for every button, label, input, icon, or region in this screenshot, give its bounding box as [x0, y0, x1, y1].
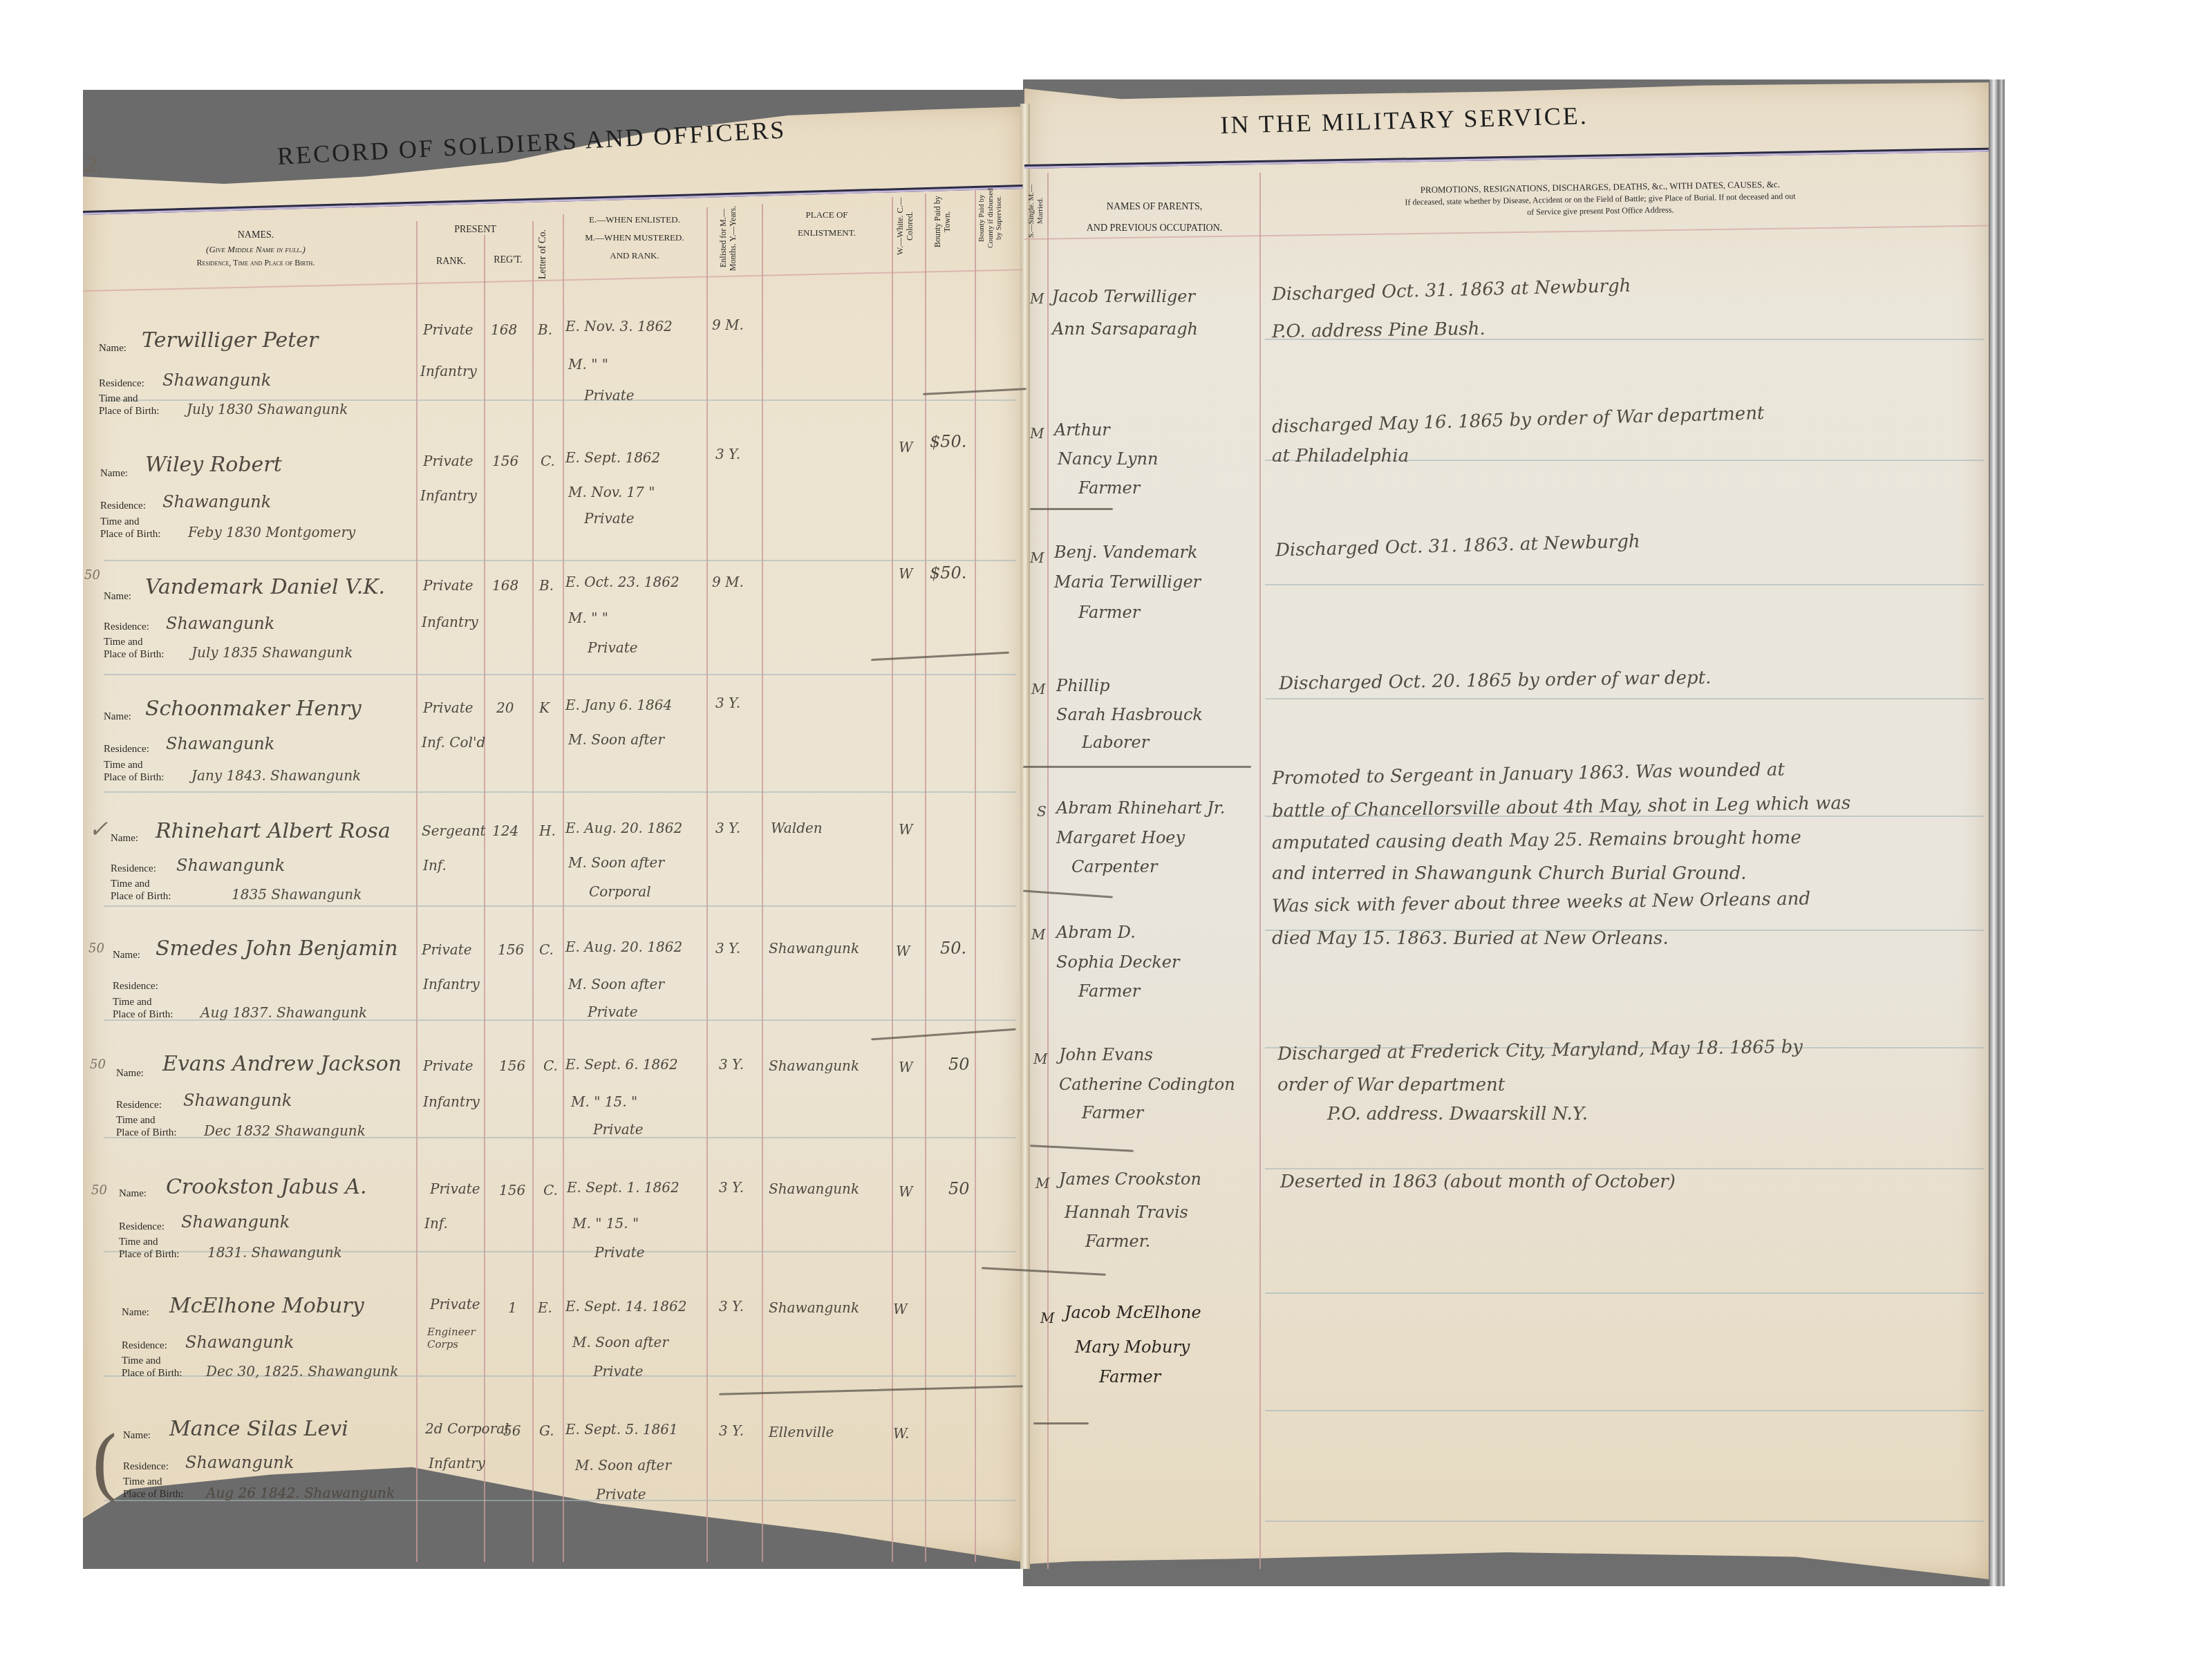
- place-of-birth-label: Place of Birth:: [111, 892, 171, 903]
- rank-branch: Infantry: [423, 1093, 480, 1110]
- enlisted-date: E. Sept. 5. 1861: [565, 1421, 678, 1438]
- mustered-date: M. Soon after: [568, 976, 664, 992]
- regiment: 156: [499, 1057, 525, 1074]
- col-header-color: W.—White. C.—Colored.: [896, 195, 921, 257]
- time-and-label: Time and: [104, 637, 143, 648]
- bounty-town: 50.: [940, 939, 966, 958]
- enlistment-place: Ellenville: [769, 1424, 834, 1440]
- company-letter: C.: [541, 453, 555, 469]
- remark-line: at Philadelphia: [1272, 442, 1409, 470]
- parent-mother: Maria Terwilliger: [1054, 572, 1201, 592]
- company-letter: K: [539, 699, 550, 716]
- enlistment-place: Shawangunk: [769, 1299, 859, 1316]
- regiment: 156: [498, 941, 524, 958]
- col-rule: [975, 190, 976, 1562]
- enlisted-date: E. Sept. 1862: [565, 449, 660, 466]
- plastic-sleeve-edge: [1989, 79, 2005, 1586]
- mustered-date: M. " 15. ": [572, 1215, 639, 1232]
- mustered-date: M. " 15. ": [571, 1093, 637, 1110]
- rank: Private: [430, 1296, 480, 1312]
- place-of-birth-label: Place of Birth:: [119, 1250, 179, 1261]
- bounty-town: $50.: [930, 563, 966, 583]
- soldier-birth: 1835 Shawangunk: [232, 886, 362, 903]
- parent-mother: Catherine Codington: [1059, 1075, 1235, 1094]
- race: W: [899, 1183, 913, 1200]
- soldier-name: McElhone Mobury: [169, 1294, 364, 1318]
- col-header-parents: NAMES OF PARENTS, AND PREVIOUS OCCUPATIO…: [1051, 197, 1258, 240]
- enlistment-place: Shawangunk: [769, 940, 859, 957]
- col-header-bounty-town: Bounty Paid by Town.: [933, 191, 964, 253]
- margin-mark: ✓: [88, 816, 109, 843]
- parent-father: Phillip: [1056, 676, 1110, 695]
- rank-branch: Infantry: [420, 363, 477, 379]
- term: 3 Y.: [715, 446, 740, 462]
- bounty-town: 50: [948, 1179, 970, 1198]
- mustered-rank: Corporal: [589, 883, 651, 900]
- names-subheader-2: Residence, Time and Place of Birth.: [104, 256, 408, 269]
- enlisted-date: E. Sept. 14. 1862: [565, 1298, 686, 1315]
- mustered-header-line: M.—WHEN MUSTERED.: [563, 229, 706, 247]
- parent-mother: Sophia Decker: [1056, 952, 1179, 972]
- race: W: [899, 1059, 913, 1075]
- mustered-date: M. Soon after: [575, 1457, 671, 1474]
- term: 3 Y.: [719, 1056, 744, 1073]
- name-label: Name:: [104, 592, 131, 603]
- col-header-regt: REG'T.: [484, 253, 532, 267]
- col-rule: [532, 221, 534, 1562]
- parents-header-line-2: AND PREVIOUS OCCUPATION.: [1051, 218, 1258, 240]
- remark-line: order of War department: [1277, 1071, 1505, 1099]
- soldier-residence: Shawangunk: [185, 1453, 294, 1472]
- name-label: Name:: [113, 950, 140, 961]
- name-label: Name:: [99, 344, 126, 355]
- col-header-letter-co: Letter of Co.: [538, 220, 549, 289]
- soldier-name: Evans Andrew Jackson: [162, 1052, 402, 1076]
- residence-label: Residence:: [123, 1462, 169, 1473]
- name-label: Name:: [116, 1069, 144, 1080]
- col-rule: [925, 194, 926, 1562]
- bounty-town: $50.: [930, 432, 966, 451]
- bounty-town: 50: [948, 1055, 970, 1074]
- place-of-birth-label: Place of Birth:: [100, 529, 160, 540]
- regiment: 168: [492, 577, 518, 594]
- row-rule: [104, 560, 1016, 561]
- race: W: [893, 1301, 908, 1317]
- marital-status: M: [1030, 290, 1044, 307]
- names-subheader: (Give Middle Name in full.): [104, 243, 408, 256]
- col-rule: [1259, 173, 1261, 1569]
- enlisted-header-line: E.—WHEN ENLISTED.: [563, 211, 706, 229]
- rank-branch: Infantry: [420, 487, 477, 504]
- regiment: 156: [492, 453, 518, 469]
- regiment: 124: [492, 822, 518, 839]
- place-of-birth-label: Place of Birth:: [104, 773, 164, 784]
- row-divider-stroke: [1023, 766, 1251, 768]
- rank: Private: [423, 1057, 474, 1074]
- name-label: Name:: [122, 1308, 149, 1319]
- remark-line: died May 15. 1863. Buried at New Orleans…: [1272, 925, 1669, 952]
- place-of-birth-label: Place of Birth:: [123, 1489, 183, 1500]
- col-header-present: PRESENT: [418, 223, 532, 237]
- marital-status: M: [1031, 681, 1045, 697]
- enlisted-date: E. Sept. 6. 1862: [565, 1056, 678, 1073]
- col-header-place: PLACE OF ENLISTMENT.: [762, 206, 892, 242]
- row-rule: [1265, 1292, 1984, 1294]
- regiment: 156: [499, 1182, 525, 1198]
- margin-mark: (: [90, 1420, 120, 1509]
- parent-father: Abram Rhinehart Jr.: [1056, 798, 1225, 818]
- place-header-line-2: ENLISTMENT.: [762, 224, 892, 242]
- mustered-rank: Private: [594, 1244, 645, 1261]
- parent-father: James Crookston: [1059, 1169, 1201, 1189]
- enlisted-date: E. Jany 6. 1864: [565, 697, 672, 713]
- time-and-label: Time and: [99, 394, 138, 405]
- mustered-rank: Private: [588, 1004, 638, 1020]
- marital-status: M: [1035, 1175, 1049, 1192]
- row-rule: [1265, 1521, 1984, 1522]
- parent-mother: Mary Mobury: [1075, 1337, 1190, 1357]
- time-and-label: Time and: [123, 1477, 162, 1488]
- race: W: [896, 943, 910, 959]
- parent-occupation: Farmer: [1082, 1103, 1143, 1122]
- rank: Private: [423, 577, 474, 594]
- soldier-birth: Jany 1843. Shawangunk: [191, 767, 361, 784]
- company-letter: E.: [538, 1299, 552, 1316]
- race: W: [899, 821, 913, 838]
- regiment: 1: [508, 1299, 517, 1316]
- parent-occupation: Laborer: [1082, 733, 1149, 752]
- col-header-bounty-county: Bounty Paid by County if disbursed by Su…: [977, 185, 1019, 251]
- residence-label: Residence:: [122, 1341, 167, 1352]
- place-of-birth-label: Place of Birth:: [116, 1128, 176, 1139]
- enlisted-date: E. Aug. 20. 1862: [565, 820, 682, 836]
- soldier-name: Wiley Robert: [145, 453, 282, 477]
- enlistment-place: Walden: [771, 820, 823, 836]
- col-rule: [1047, 173, 1049, 1569]
- place-of-birth-label: Place of Birth:: [113, 1010, 173, 1021]
- company-letter: B.: [539, 577, 554, 594]
- marital-status: S: [1037, 803, 1047, 820]
- row-rule: [1265, 584, 1984, 585]
- soldier-birth: July 1835 Shawangunk: [191, 644, 353, 661]
- regiment: 20: [496, 699, 514, 716]
- parent-mother: Sarah Hasbrouck: [1056, 705, 1203, 724]
- term: 3 Y.: [719, 1298, 744, 1315]
- soldier-residence: Shawangunk: [181, 1212, 290, 1232]
- rank: Sergeant: [422, 822, 486, 839]
- rank: Private: [423, 321, 474, 338]
- parent-mother: Margaret Hoey: [1056, 828, 1185, 847]
- soldier-birth: Aug 1837. Shawangunk: [200, 1004, 367, 1021]
- soldier-name: Crookston Jabus A.: [166, 1175, 367, 1199]
- parent-father: Arthur: [1054, 420, 1110, 440]
- parent-father: Jacob McElhone: [1065, 1303, 1201, 1322]
- parent-occupation: Farmer: [1078, 603, 1140, 622]
- col-rule: [892, 197, 893, 1562]
- soldier-name: Schoonmaker Henry: [145, 697, 362, 721]
- term: 3 Y.: [719, 1422, 744, 1439]
- soldier-residence: Shawangunk: [166, 614, 274, 633]
- soldier-residence: Shawangunk: [162, 370, 271, 390]
- time-and-label: Time and: [104, 760, 143, 771]
- residence-label: Residence:: [104, 744, 149, 755]
- row-rule: [104, 674, 1016, 675]
- company-letter: B.: [538, 321, 552, 338]
- mustered-date: M. Soon after: [572, 1334, 668, 1351]
- mustered-rank: Private: [593, 1363, 644, 1380]
- enlistment-place: Shawangunk: [769, 1180, 859, 1197]
- remark-line: and interred in Shawangunk Church Burial…: [1272, 860, 1747, 887]
- term: 9 M.: [712, 317, 744, 333]
- soldier-residence: Shawangunk: [176, 856, 285, 875]
- name-label: Name:: [104, 712, 131, 723]
- rank: 2d Corporal: [425, 1420, 509, 1437]
- mustered-date: M. Nov. 17 ": [568, 484, 655, 500]
- time-and-label: Time and: [100, 517, 140, 528]
- company-letter: C.: [543, 1182, 558, 1198]
- mustered-date: M. Soon after: [568, 731, 664, 748]
- rank: Private: [430, 1180, 480, 1197]
- company-letter: H.: [539, 822, 556, 839]
- parent-father: Jacob Terwilliger: [1052, 287, 1195, 306]
- name-label: Name:: [119, 1189, 147, 1200]
- residence-label: Residence:: [119, 1222, 165, 1233]
- book-gutter: [1020, 104, 1030, 1569]
- parent-mother: Nancy Lynn: [1058, 449, 1158, 469]
- parent-mother: Ann Sarsaparagh: [1052, 319, 1198, 339]
- col-header-single-married: S.—Single. M.—Married.: [1027, 180, 1047, 242]
- parent-father: Benj. Vandemark: [1054, 543, 1198, 562]
- term: 3 Y.: [719, 1179, 744, 1196]
- row-rule: [104, 791, 1016, 793]
- col-rule: [706, 207, 708, 1562]
- time-and-label: Time and: [113, 997, 152, 1008]
- col-rule: [762, 204, 763, 1562]
- and-rank-header-line: AND RANK.: [563, 247, 706, 265]
- residence-label: Residence:: [116, 1100, 162, 1111]
- col-rule: [416, 221, 418, 1562]
- enlisted-date: E. Oct. 23. 1862: [565, 574, 679, 590]
- soldier-residence: Shawangunk: [185, 1333, 294, 1352]
- time-and-label: Time and: [119, 1237, 158, 1248]
- parent-occupation: Farmer: [1078, 981, 1140, 1001]
- name-label: Name:: [111, 834, 138, 845]
- row-rule: [1265, 1410, 1984, 1411]
- row-rule: [104, 905, 1016, 907]
- time-and-label: Time and: [116, 1116, 156, 1127]
- residence-label: Residence:: [99, 379, 144, 390]
- col-header-enlisted: E.—WHEN ENLISTED. M.—WHEN MUSTERED. AND …: [563, 211, 706, 265]
- margin-mark: 50: [90, 1057, 106, 1072]
- rank-branch: Inf.: [424, 1215, 448, 1232]
- soldier-name: Rhinehart Albert Rosa: [156, 819, 391, 843]
- name-label: Name:: [123, 1431, 151, 1442]
- soldier-birth: Dec 30, 1825. Shawangunk: [206, 1363, 398, 1380]
- term: 9 M.: [712, 574, 744, 590]
- rank-branch: Engineer Corps: [427, 1326, 482, 1351]
- remark-line: amputated causing death May 25. Remains …: [1272, 824, 1801, 857]
- remark-line: P.O. address. Dwaarskill N.Y.: [1327, 1100, 1588, 1128]
- place-of-birth-label: Place of Birth:: [104, 650, 164, 661]
- mustered-rank: Private: [584, 510, 635, 527]
- parent-father: John Evans: [1059, 1045, 1153, 1064]
- row-divider-stroke: [1030, 508, 1113, 510]
- soldier-residence: Shawangunk: [162, 492, 271, 511]
- rank-branch: Inf. Col'd: [422, 734, 485, 751]
- mustered-rank: Private: [584, 387, 635, 404]
- residence-label: Residence:: [113, 981, 158, 992]
- margin-mark: 50: [91, 1183, 107, 1198]
- regiment: 56: [503, 1422, 521, 1439]
- remark-line: P.O. address Pine Bush.: [1272, 315, 1485, 346]
- marital-status: M: [1031, 926, 1045, 943]
- rank: Private: [423, 453, 474, 469]
- soldier-name: Vandemark Daniel V.K.: [145, 575, 385, 599]
- row-divider-stroke: [1033, 1422, 1089, 1424]
- enlisted-date: E. Aug. 20. 1862: [565, 939, 682, 955]
- time-and-label: Time and: [122, 1356, 161, 1367]
- regiment: 168: [491, 321, 517, 338]
- enlistment-place: Shawangunk: [769, 1057, 859, 1074]
- name-label: Name:: [100, 469, 128, 480]
- soldier-birth: Dec 1832 Shawangunk: [204, 1122, 366, 1139]
- enlisted-date: E. Sept. 1. 1862: [567, 1179, 679, 1196]
- col-header-names: NAMES. (Give Middle Name in full.) Resid…: [104, 228, 408, 269]
- col-header-rank: RANK.: [418, 254, 484, 269]
- rank-branch: Inf.: [423, 857, 447, 874]
- parent-occupation: Farmer.: [1085, 1232, 1150, 1251]
- mustered-rank: Private: [593, 1121, 644, 1138]
- mustered-date: M. Soon after: [568, 854, 664, 871]
- names-header-text: NAMES.: [104, 228, 408, 243]
- place-of-birth-label: Place of Birth:: [99, 406, 159, 417]
- soldier-name: Terwilliger Peter: [142, 328, 318, 352]
- soldier-birth: July 1830 Shawangunk: [187, 401, 348, 417]
- soldier-name: Smedes John Benjamin: [156, 937, 398, 961]
- margin-mark: 50: [88, 941, 104, 956]
- row-rule: [1265, 698, 1984, 699]
- col-rule: [484, 235, 485, 1562]
- rank: Private: [423, 699, 474, 716]
- marital-status: M: [1030, 549, 1044, 566]
- rank-branch: Infantry: [429, 1455, 485, 1471]
- rank-branch: Infantry: [423, 976, 480, 992]
- time-and-label: Time and: [111, 879, 150, 890]
- rank: Private: [422, 941, 472, 958]
- parent-occupation: Carpenter: [1071, 857, 1158, 876]
- place-header-line-1: PLACE OF: [762, 206, 892, 224]
- page-number: 2.: [84, 153, 104, 178]
- company-letter: C.: [543, 1057, 558, 1074]
- mustered-rank: Private: [588, 639, 638, 656]
- company-letter: G.: [539, 1422, 554, 1439]
- parents-header-line-1: NAMES OF PARENTS,: [1051, 197, 1258, 218]
- col-rule: [563, 214, 564, 1562]
- soldier-birth: Feby 1830 Montgomery: [188, 524, 355, 540]
- rank-branch: Infantry: [422, 614, 478, 630]
- col-header-enlisted-for: Enlisted for M.—Months. Y.—Years.: [719, 200, 753, 276]
- parent-occupation: Farmer: [1099, 1367, 1161, 1386]
- soldier-name: Mance Silas Levi: [169, 1417, 348, 1441]
- race: W: [899, 439, 913, 455]
- parent-mother: Hannah Travis: [1065, 1203, 1188, 1222]
- parent-occupation: Farmer: [1078, 478, 1140, 498]
- residence-label: Residence:: [100, 501, 146, 512]
- mustered-date: M. " ": [568, 356, 608, 373]
- mustered-date: M. " ": [568, 610, 608, 626]
- term: 3 Y.: [715, 940, 740, 957]
- soldier-residence: Shawangunk: [166, 734, 274, 753]
- residence-label: Residence:: [104, 622, 149, 633]
- remark-line: Deserted in 1863 (about month of October…: [1280, 1168, 1676, 1196]
- race: W.: [893, 1425, 909, 1442]
- marital-status: M: [1030, 425, 1044, 442]
- marital-status: M: [1040, 1310, 1054, 1326]
- race: W: [899, 565, 913, 582]
- soldier-birth: Aug 26 1842. Shawangunk: [206, 1485, 395, 1501]
- parent-father: Abram D.: [1056, 923, 1136, 942]
- residence-label: Residence:: [111, 864, 156, 875]
- term: 3 Y.: [715, 820, 740, 836]
- margin-mark: 50: [84, 568, 100, 583]
- soldier-birth: 1831. Shawangunk: [207, 1244, 342, 1261]
- marital-status: M: [1033, 1051, 1047, 1067]
- place-of-birth-label: Place of Birth:: [122, 1368, 182, 1380]
- enlisted-date: E. Nov. 3. 1862: [565, 318, 673, 335]
- term: 3 Y.: [715, 695, 740, 711]
- company-letter: C.: [539, 941, 554, 958]
- mustered-rank: Private: [596, 1486, 646, 1503]
- soldier-residence: Shawangunk: [183, 1091, 292, 1110]
